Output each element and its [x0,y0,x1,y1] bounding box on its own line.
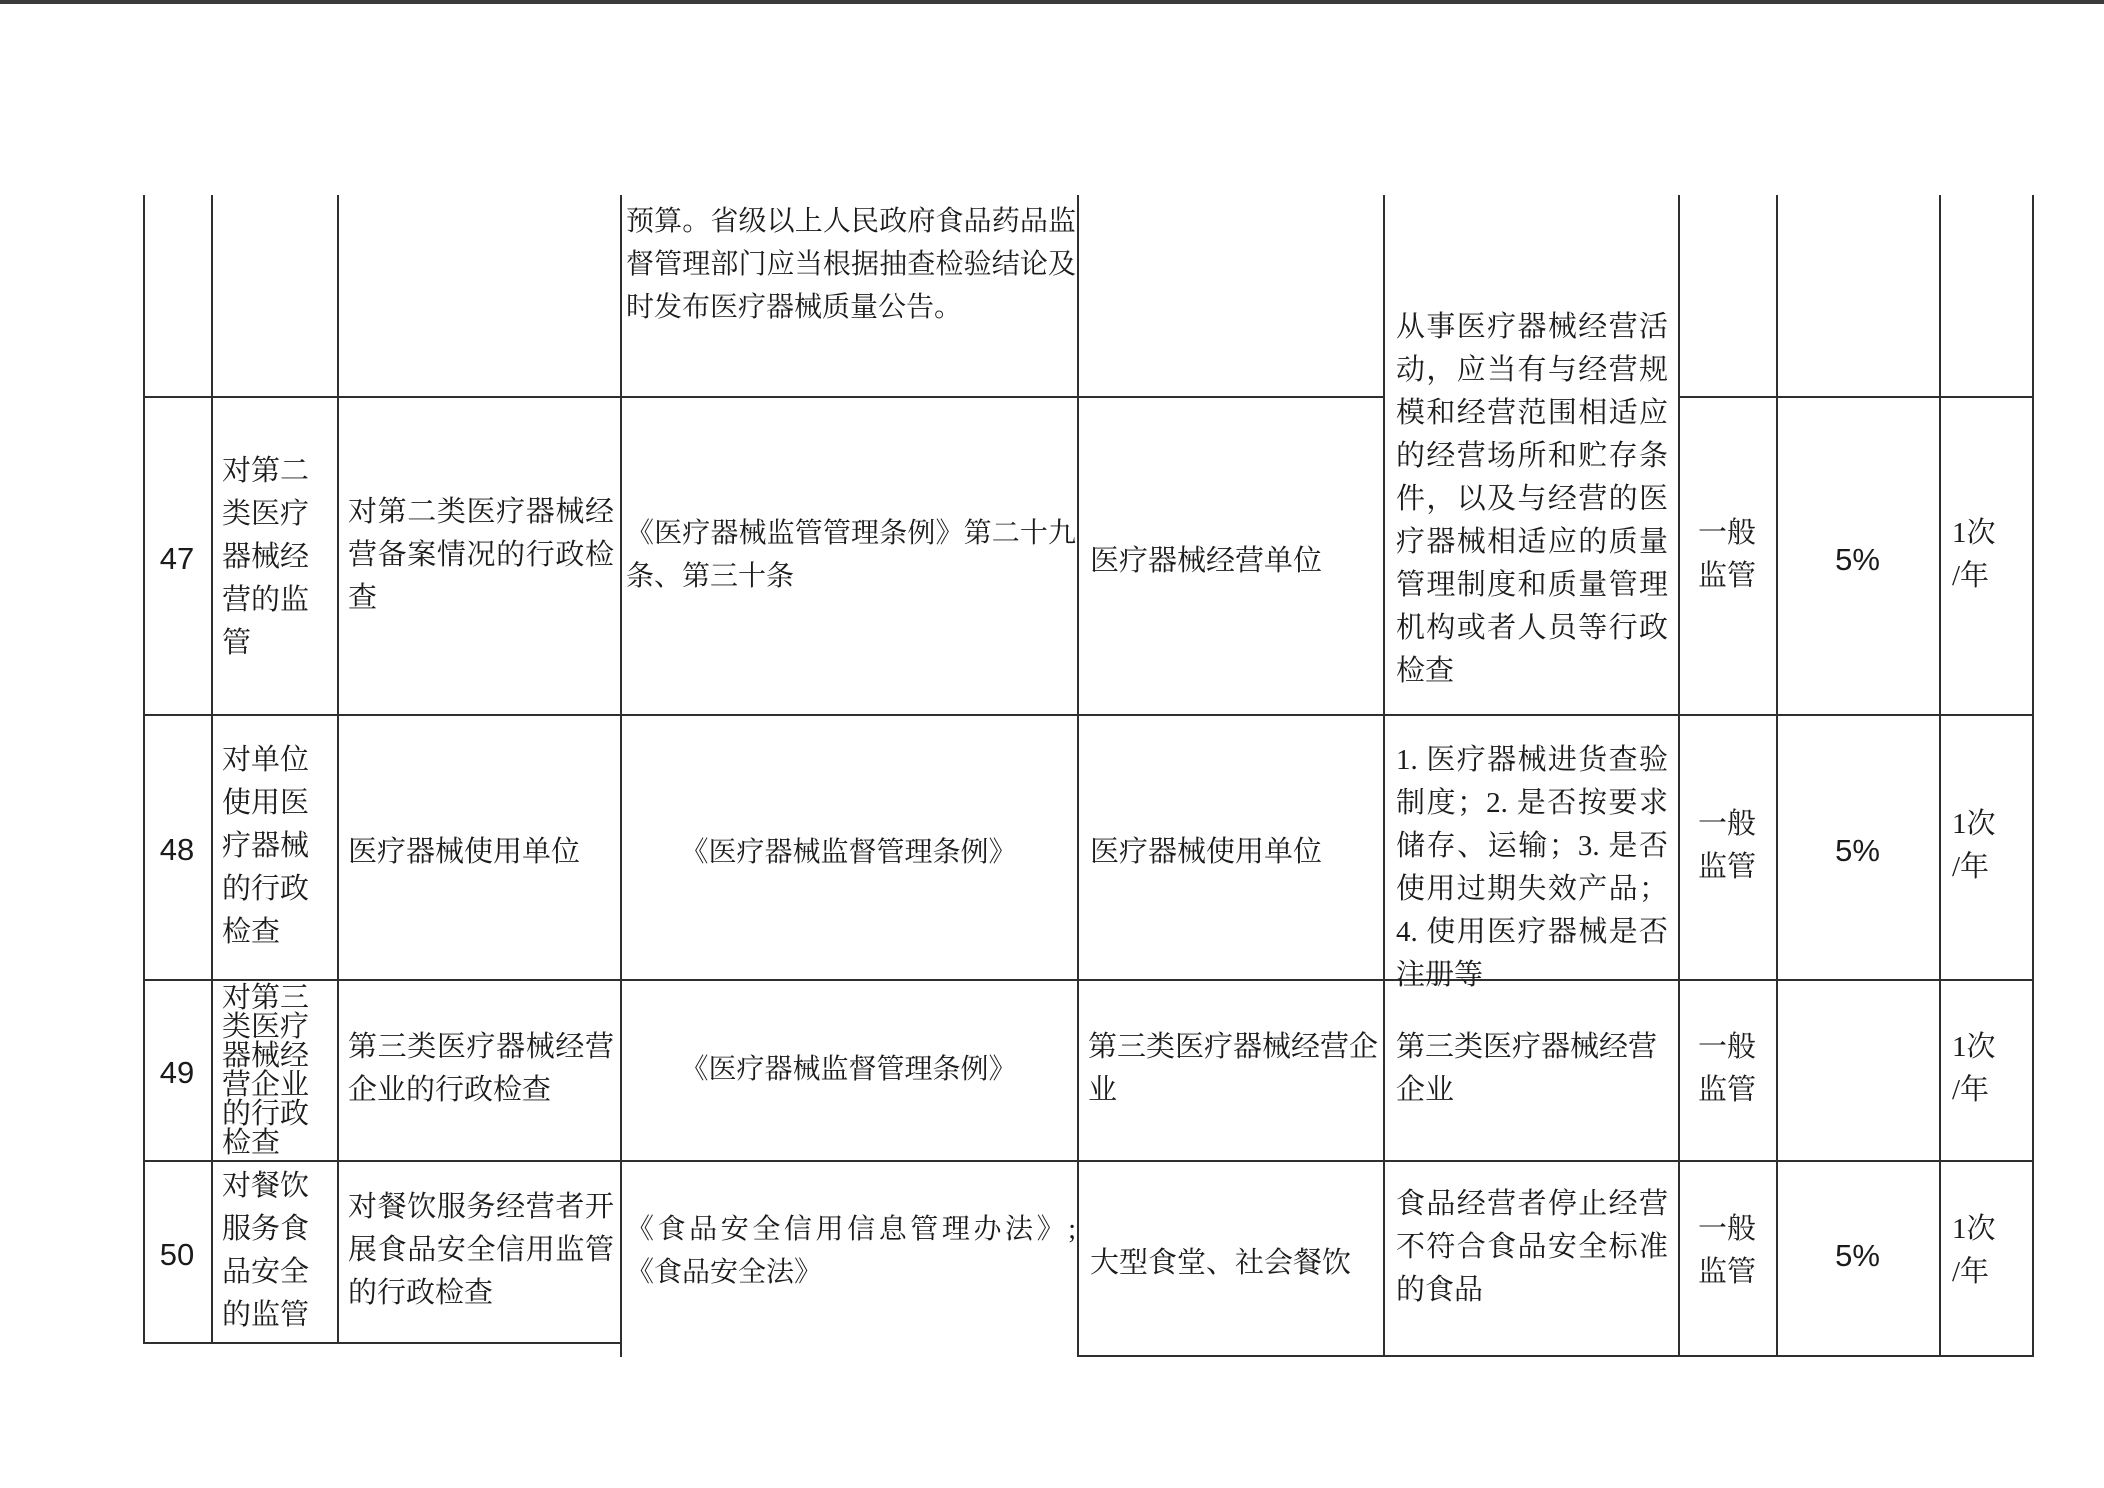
window-top-edge [0,0,2104,4]
cell-row47-category: 对第二类医疗器械经营的监管 [222,450,316,665]
cell-row48-category: 对单位使用医疗器械的行政检查 [222,739,316,954]
cell-row47-target: 医疗器械经营单位 [1090,540,1380,583]
cell-row48-content: 1. 医疗器械进货查验制度；2. 是否按要求储存、运输；3. 是否使用过期失效产… [1396,739,1668,997]
grid-line [1077,1355,2034,1357]
grid-line [143,979,2034,981]
grid-line [620,195,622,1357]
cell-row49-frequency: 1次 /年 [1952,1026,2026,1112]
cell-row48-legal-basis: 《医疗器械监督管理条例》 [620,831,1077,874]
grid-line [143,1160,2034,1162]
cell-row50-item: 对餐饮服务经营者开展食品安全信用监管的行政检查 [348,1186,614,1315]
document-page: 预算。省级以上人民政府食品药品监督管理部门应当根据抽查检验结论及时发布医疗器械质… [0,0,2104,1488]
cell-row49-no: 49 [145,1051,209,1094]
cell-row49-content: 第三类医疗器械经营企业 [1396,1026,1668,1112]
cell-merged-inspection-content: 从事医疗器械经营活动，应当有与经营规模和经营范围相适应的经营场所和贮存条件，以及… [1396,306,1668,693]
cell-row48-target: 医疗器械使用单位 [1090,831,1380,874]
cell-row48-ratio: 5% [1776,829,1939,872]
cell-row50-supervision-type: 一般 监管 [1686,1208,1768,1294]
cell-row47-ratio: 5% [1776,538,1939,581]
cell-row47-no: 47 [145,537,209,580]
cell-row47-legal-basis: 《医疗器械监管管理条例》第二十九条、第三十条 [626,512,1076,598]
cell-row50-target: 大型食堂、社会餐饮 [1090,1242,1380,1285]
cell-row49-category: 对第三类医疗器械经营企业的行政检查 [222,984,316,1158]
grid-line [2032,195,2034,1357]
cell-row49-target: 第三类医疗器械经营企业 [1088,1026,1380,1112]
grid-line [1939,195,1941,1357]
cell-row50-no: 50 [145,1233,209,1276]
grid-line [1678,195,1680,1357]
grid-line [211,195,213,1344]
cell-row47-supervision-type: 一般 监管 [1686,512,1768,598]
grid-line [1077,195,1079,1357]
grid-line [143,714,2034,716]
grid-line [337,195,339,1344]
grid-line [1383,195,1385,1357]
grid-line [1678,396,2034,398]
cell-row50-legal-basis: 《食品安全信用信息管理办法》;《食品安全法》 [626,1208,1076,1294]
cell-row48-frequency: 1次 /年 [1952,803,2026,889]
cell-row50-ratio: 5% [1776,1234,1939,1277]
cell-row48-item: 医疗器械使用单位 [348,831,614,874]
cell-row49-item: 第三类医疗器械经营企业的行政检查 [348,1026,614,1112]
cell-row50-category: 对餐饮服务食品安全的监管 [222,1165,316,1337]
cell-row50-frequency: 1次 /年 [1952,1208,2026,1294]
grid-line [143,396,1385,398]
grid-line [1776,195,1778,1357]
cell-row49-supervision-type: 一般 监管 [1686,1026,1768,1112]
cell-row47-item: 对第二类医疗器械经营备案情况的行政检查 [348,491,614,620]
grid-line [143,1342,622,1344]
grid-line [143,195,145,1344]
cell-row49-legal-basis: 《医疗器械监督管理条例》 [620,1048,1077,1091]
cell-row48-no: 48 [145,828,209,871]
cell-row50-content: 食品经营者停止经营不符合食品安全标准的食品 [1396,1183,1668,1312]
cell-row48-supervision-type: 一般 监管 [1686,803,1768,889]
cell-row47-frequency: 1次 /年 [1952,512,2026,598]
cell-continued-legal-basis: 预算。省级以上人民政府食品药品监督管理部门应当根据抽查检验结论及时发布医疗器械质… [626,200,1076,329]
